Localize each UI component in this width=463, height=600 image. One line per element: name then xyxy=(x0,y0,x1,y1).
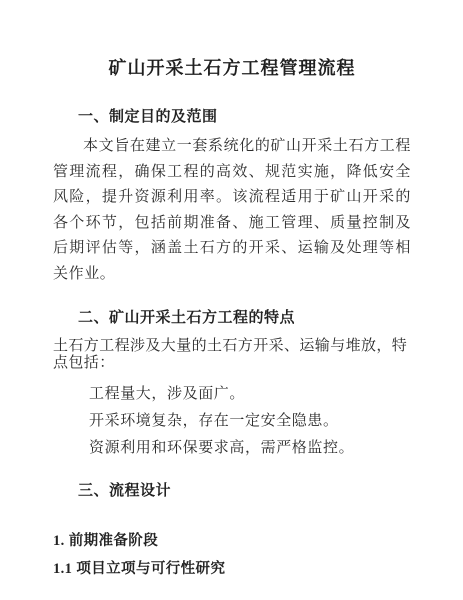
feature-list: 工程量大，涉及面广。 开采环境复杂，存在一定安全隐患。 资源利用和环保要求高，需… xyxy=(53,381,411,462)
subsection-1-heading: 1. 前期准备阶段 xyxy=(53,533,411,549)
section-3-heading: 三、流程设计 xyxy=(53,483,411,500)
section-1-paragraph: 本文旨在建立一套系统化的矿山开采土石方工程管理流程，确保工程的高效、规范实施，降… xyxy=(53,134,411,287)
feature-list-item: 工程量大，涉及面广。 xyxy=(53,381,411,408)
section-1-heading: 一、制定目的及范围 xyxy=(53,109,411,126)
section-2-intro: 土石方工程涉及大量的土石方开采、运输与堆放，特点包括： xyxy=(53,338,411,372)
document-content: 矿山开采土石方工程管理流程 一、制定目的及范围 本文旨在建立一套系统化的矿山开采… xyxy=(0,0,463,577)
feature-list-item: 资源利用和环保要求高，需严格监控。 xyxy=(53,435,411,462)
subsection-1-1-heading: 1.1 项目立项与可行性研究 xyxy=(53,561,411,577)
document-title: 矿山开采土石方工程管理流程 xyxy=(53,58,411,79)
document-page: 矿山开采土石方工程管理流程 一、制定目的及范围 本文旨在建立一套系统化的矿山开采… xyxy=(0,0,463,600)
feature-list-item: 开采环境复杂，存在一定安全隐患。 xyxy=(53,408,411,435)
section-2-heading: 二、矿山开采土石方工程的特点 xyxy=(53,310,411,327)
